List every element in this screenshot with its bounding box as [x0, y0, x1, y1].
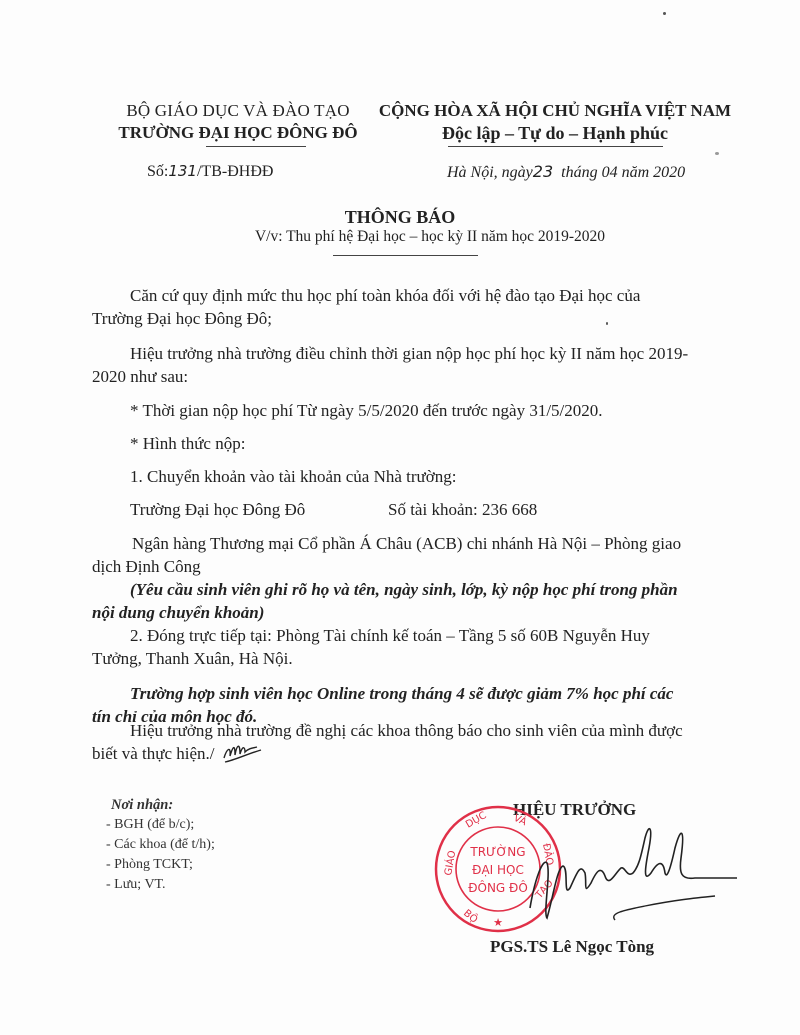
- discount-note-line1: Trường hợp sinh viên học Online trong th…: [130, 683, 673, 705]
- stamp-word: BỘ: [461, 906, 481, 926]
- payment-option-transfer: 1. Chuyển khoản vào tài khoản của Nhà tr…: [130, 466, 457, 488]
- number-handwritten: 131: [168, 162, 197, 180]
- recipient-item: - Phòng TCKT;: [106, 857, 193, 873]
- document-title: THÔNG BÁO: [0, 207, 800, 228]
- svg-text:★: ★: [493, 917, 503, 929]
- payment-option-direct-line1: 2. Đóng trực tiếp tại: Phòng Tài chính k…: [130, 625, 650, 647]
- bank-info-line1: Ngân hàng Thương mại Cổ phần Á Châu (ACB…: [132, 533, 681, 555]
- closing-line1: Hiệu trưởng nhà trường đề nghị các khoa …: [130, 720, 683, 742]
- recipient-item: - BGH (để b/c);: [106, 817, 194, 833]
- document-number: Số:131/TB-ĐHĐĐ: [147, 162, 273, 181]
- closing-line2: biết và thực hiện./: [92, 743, 215, 765]
- issuer-block: BỘ GIÁO DỤC VÀ ĐÀO TẠO TRƯỜNG ĐẠI HỌC ĐÔ…: [88, 100, 388, 147]
- account-name: Trường Đại học Đông Đô: [130, 499, 305, 521]
- national-header: CỘNG HÒA XÃ HỘI CHỦ NGHĨA VIỆT NAM Độc l…: [360, 100, 750, 147]
- date-suffix: tháng 04 năm 2020: [561, 164, 685, 181]
- recipient-item: - Lưu; VT.: [106, 877, 166, 893]
- para-adjust-line2: 2020 như sau:: [92, 366, 188, 388]
- payment-option-direct-line2: Tưởng, Thanh Xuân, Hà Nội.: [92, 648, 293, 670]
- document-date: Hà Nội, ngày23 tháng 04 năm 2020: [447, 162, 685, 182]
- stamp-line: ĐẠI HỌC: [472, 863, 524, 877]
- number-prefix: Số:: [147, 163, 168, 180]
- country-name: CỘNG HÒA XÃ HỘI CHỦ NGHĨA VIỆT NAM: [360, 100, 750, 122]
- signer-name: PGS.TS Lê Ngọc Tòng: [490, 937, 654, 957]
- date-day-handwritten: 23: [533, 162, 553, 181]
- signature-icon: [525, 818, 740, 928]
- transfer-note-line2: nội dung chuyển khoản): [92, 602, 264, 624]
- national-motto: Độc lập – Tự do – Hạnh phúc: [360, 122, 750, 144]
- date-prefix: Hà Nội, ngày: [447, 164, 533, 181]
- para-basis-line2: Trường Đại học Đông Đô;: [92, 308, 272, 330]
- scan-speck: [606, 322, 608, 325]
- stamp-line: ĐÔNG ĐÔ: [468, 880, 528, 895]
- payment-method-heading: * Hình thức nộp:: [130, 433, 245, 455]
- school-underline: [206, 146, 306, 147]
- subject-underline: [333, 255, 478, 256]
- initials-scribble-icon: [221, 740, 266, 765]
- para-basis-line1: Căn cứ quy định mức thu học phí toàn khó…: [130, 285, 640, 307]
- number-suffix: /TB-ĐHĐĐ: [197, 163, 273, 180]
- para-adjust-line1: Hiệu trưởng nhà trường điều chỉnh thời g…: [130, 343, 688, 365]
- recipients-title: Nơi nhận:: [111, 797, 173, 814]
- ministry-name: BỘ GIÁO DỤC VÀ ĐÀO TẠO: [88, 100, 388, 122]
- school-name: TRƯỜNG ĐẠI HỌC ĐÔNG ĐÔ: [88, 122, 388, 144]
- payment-time: * Thời gian nộp học phí Từ ngày 5/5/2020…: [130, 400, 603, 422]
- stamp-line: TRƯỜNG: [469, 844, 525, 859]
- recipient-item: - Các khoa (để t/h);: [106, 837, 215, 853]
- motto-underline: [448, 146, 663, 147]
- account-number: Số tài khoản: 236 668: [388, 499, 537, 521]
- document-subject: V/v: Thu phí hệ Đại học – học kỳ II năm …: [0, 228, 800, 246]
- stamp-word: DỤC: [464, 810, 489, 831]
- scan-speck: [663, 12, 666, 15]
- transfer-note-line1: (Yêu cầu sinh viên ghi rõ họ và tên, ngà…: [130, 579, 678, 601]
- scan-speck: [715, 152, 719, 155]
- bank-info-line2: dịch Định Công: [92, 556, 201, 578]
